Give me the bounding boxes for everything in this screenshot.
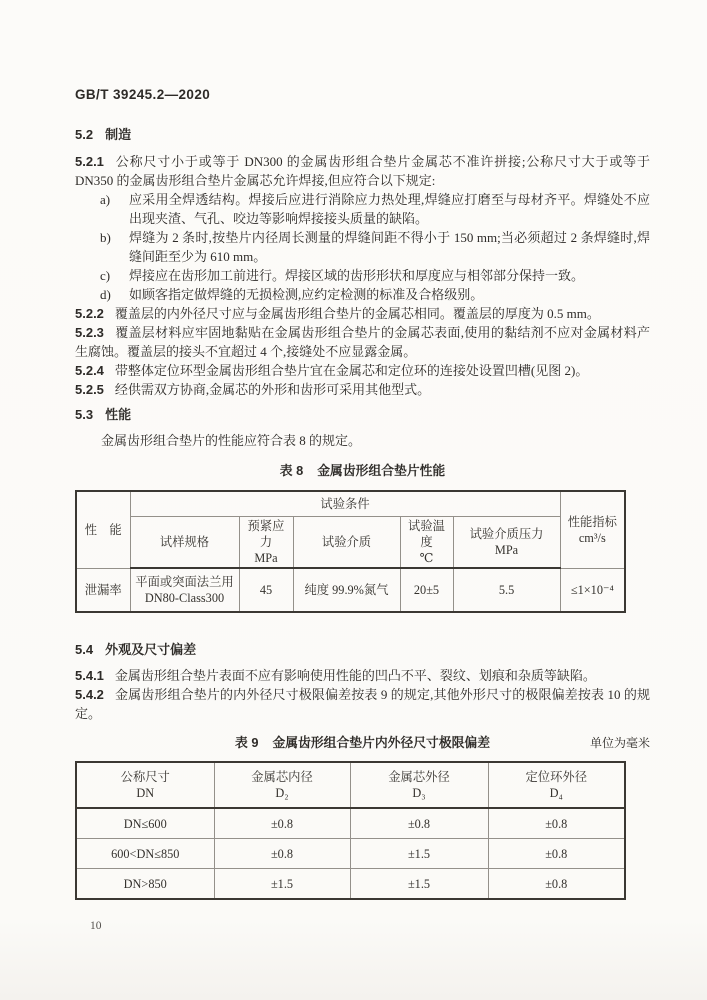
spec-line2: DN80-Class300 <box>133 590 237 606</box>
clause-5-2-2: 5.2.2覆盖层的内外径尺寸应与金属齿形组合垫片的金属芯相同。覆盖层的厚度为 0… <box>75 304 650 323</box>
clause-number: 5.2.1 <box>75 154 104 169</box>
cell-dn-range: DN>850 <box>76 869 214 900</box>
clause-text: 公称尺寸小于或等于 DN300 的金属齿形组合垫片金属芯不准许拼接;公称尺寸大于… <box>75 154 650 188</box>
clause-number: 5.2.2 <box>75 306 104 321</box>
clause-5-2-1: 5.2.1公称尺寸小于或等于 DN300 的金属齿形组合垫片金属芯不准许拼接;公… <box>75 152 650 190</box>
cell-dn-range: 600<DN≤850 <box>76 839 214 869</box>
table-9-caption-row: 表 9金属齿形组合垫片内外径尺寸极限偏差 单位为毫米 <box>75 733 650 752</box>
clause-number: 5.2.4 <box>75 363 104 378</box>
list-item-a: a) 应采用全焊透结构。焊接后应进行消除应力热处理,焊缝应打磨至与母材齐平。焊缝… <box>100 190 650 228</box>
ring-outer-label: 定位环外径 <box>491 769 623 785</box>
indicator-unit: cm³/s <box>563 530 623 546</box>
clause-text: 金属齿形组合垫片的内外径尺寸极限偏差按表 9 的规定,其他外形尺寸的极限偏差按表… <box>75 687 650 721</box>
indicator-label: 性能指标 <box>563 514 623 530</box>
clause-text: 金属齿形组合垫片表面不应有影响使用性能的凹凸不平、裂纹、划痕和杂质等缺陷。 <box>115 668 596 683</box>
cell-ring-outer: ±0.8 <box>488 869 625 900</box>
list-item-label: d) <box>100 285 129 304</box>
clause-5-4-1: 5.4.1金属齿形组合垫片表面不应有影响使用性能的凹凸不平、裂纹、划痕和杂质等缺… <box>75 666 650 685</box>
cell-spec: 平面或突面法兰用 DN80-Class300 <box>130 568 239 612</box>
cell-core-inner: ±0.8 <box>214 839 350 869</box>
section-heading-5-3: 5.3性能 <box>75 405 650 424</box>
table9-row-2: 600<DN≤850 ±0.8 ±1.5 ±0.8 <box>76 839 625 869</box>
list-item-label: a) <box>100 190 129 228</box>
list-item-d: d) 如顾客指定做焊缝的无损检测,应约定检测的标准及合格级别。 <box>100 285 650 304</box>
table8-header-performance: 性 能 <box>76 491 130 568</box>
dn-label: 公称尺寸 <box>79 769 212 785</box>
table8-row-leakage: 泄漏率 平面或突面法兰用 DN80-Class300 45 纯度 99.9%氮气… <box>76 568 625 612</box>
clause-number: 5.2.5 <box>75 382 104 397</box>
pressure-label: 试验介质压力 <box>456 526 558 542</box>
clause-text: 经供需双方协商,金属芯的外形和齿形可采用其他型式。 <box>115 382 430 397</box>
table8-header-temperature: 试验温度 ℃ <box>400 517 453 569</box>
table-8-performance: 性 能 试验条件 性能指标 cm³/s 试样规格 预紧应力 MPa 试验介质 试… <box>75 490 626 613</box>
cell-pressure: 5.5 <box>453 568 560 612</box>
cell-core-outer: ±0.8 <box>350 808 488 839</box>
table9-header-core-outer-dia: 金属芯外径 D₃ <box>350 762 488 808</box>
table9-header-dn: 公称尺寸 DN <box>76 762 214 808</box>
table9-row-3: DN>850 ±1.5 ±1.5 ±0.8 <box>76 869 625 900</box>
table-9-caption: 表 9金属齿形组合垫片内外径尺寸极限偏差 <box>75 733 650 752</box>
list-item-text: 应采用全焊透结构。焊接后应进行消除应力热处理,焊缝应打磨至与母材齐平。焊缝处不应… <box>129 190 650 228</box>
clause-5-4-2: 5.4.2金属齿形组合垫片的内外径尺寸极限偏差按表 9 的规定,其他外形尺寸的极… <box>75 685 650 723</box>
table-8-caption-text: 金属齿形组合垫片性能 <box>317 463 445 478</box>
section-5-3-intro: 金属齿形组合垫片的性能应符合表 8 的规定。 <box>75 431 650 450</box>
list-item-c: c) 焊接应在齿形加工前进行。焊接区域的齿形形状和厚度应与相邻部分保持一致。 <box>100 266 650 285</box>
cell-core-outer: ±1.5 <box>350 869 488 900</box>
table9-header-ring-outer-dia: 定位环外径 D₄ <box>488 762 625 808</box>
table-9-unit-note: 单位为毫米 <box>590 734 650 753</box>
clause-text: 覆盖层的内外径尺寸应与金属齿形组合垫片的金属芯相同。覆盖层的厚度为 0.5 mm… <box>115 306 600 321</box>
ring-outer-symbol: D₄ <box>491 785 623 801</box>
section-number: 5.2 <box>75 127 93 142</box>
table9-header-core-inner-dia: 金属芯内径 D₂ <box>214 762 350 808</box>
clause-number: 5.4.2 <box>75 687 104 702</box>
table-9-caption-label: 表 9 <box>235 735 258 750</box>
preload-label: 预紧应力 <box>242 518 291 550</box>
table8-header-indicator: 性能指标 cm³/s <box>560 491 625 568</box>
section-title: 制造 <box>105 127 131 142</box>
cell-core-outer: ±1.5 <box>350 839 488 869</box>
table-8-caption-label: 表 8 <box>280 463 303 478</box>
table8-header-spec: 试样规格 <box>130 517 239 569</box>
cell-performance: 泄漏率 <box>76 568 130 612</box>
section-heading-5-2: 5.2制造 <box>75 125 650 144</box>
section-heading-5-4: 5.4外观及尺寸偏差 <box>75 640 650 659</box>
clause-5-2-4: 5.2.4带整体定位环型金属齿形组合垫片宜在金属芯和定位环的连接处设置凹槽(见图… <box>75 361 650 380</box>
core-inner-label: 金属芯内径 <box>217 769 348 785</box>
cell-ring-outer: ±0.8 <box>488 839 625 869</box>
clause-text: 覆盖层材料应牢固地黏贴在金属齿形组合垫片的金属芯表面,使用的黏结剂不应对金属材料… <box>75 325 650 359</box>
clause-text: 带整体定位环型金属齿形组合垫片宜在金属芯和定位环的连接处设置凹槽(见图 2)。 <box>115 363 588 378</box>
temperature-label: 试验温度 <box>403 518 451 550</box>
table-8-caption: 表 8金属齿形组合垫片性能 <box>75 461 650 480</box>
table-9-dimension-deviation: 公称尺寸 DN 金属芯内径 D₂ 金属芯外径 D₃ 定位环外径 D₄ DN≤60… <box>75 761 626 900</box>
cell-temperature: 20±5 <box>400 568 453 612</box>
list-item-label: c) <box>100 266 129 285</box>
cell-ring-outer: ±0.8 <box>488 808 625 839</box>
dn-symbol: DN <box>79 785 212 801</box>
cell-medium: 纯度 99.9%氮气 <box>293 568 400 612</box>
cell-core-inner: ±0.8 <box>214 808 350 839</box>
core-inner-symbol: D₂ <box>217 785 348 801</box>
temperature-unit: ℃ <box>403 550 451 566</box>
section-title: 外观及尺寸偏差 <box>105 642 196 657</box>
table8-header-preload: 预紧应力 MPa <box>239 517 293 569</box>
document-page: GB/T 39245.2—2020 5.2制造 5.2.1公称尺寸小于或等于 D… <box>0 0 707 1000</box>
cell-dn-range: DN≤600 <box>76 808 214 839</box>
list-item-label: b) <box>100 228 129 266</box>
clause-number: 5.2.3 <box>75 325 104 340</box>
clause-number: 5.4.1 <box>75 668 104 683</box>
table-9-caption-text: 金属齿形组合垫片内外径尺寸极限偏差 <box>272 735 490 750</box>
table8-header-test-conditions: 试验条件 <box>130 491 560 517</box>
clause-5-2-5: 5.2.5经供需双方协商,金属芯的外形和齿形可采用其他型式。 <box>75 380 650 399</box>
spec-line1: 平面或突面法兰用 <box>133 574 237 590</box>
table9-row-1: DN≤600 ±0.8 ±0.8 ±0.8 <box>76 808 625 839</box>
section-number: 5.3 <box>75 407 93 422</box>
list-item-text: 焊缝为 2 条时,按垫片内径周长测量的焊缝间距不得小于 150 mm;当必须超过… <box>129 228 650 266</box>
core-outer-symbol: D₃ <box>353 785 486 801</box>
core-outer-label: 金属芯外径 <box>353 769 486 785</box>
table8-header-medium: 试验介质 <box>293 517 400 569</box>
list-item-text: 焊接应在齿形加工前进行。焊接区域的齿形形状和厚度应与相邻部分保持一致。 <box>129 266 650 285</box>
table8-header-pressure: 试验介质压力 MPa <box>453 517 560 569</box>
cell-core-inner: ±1.5 <box>214 869 350 900</box>
clause-5-2-3: 5.2.3覆盖层材料应牢固地黏贴在金属齿形组合垫片的金属芯表面,使用的黏结剂不应… <box>75 323 650 361</box>
list-item-text: 如顾客指定做焊缝的无损检测,应约定检测的标准及合格级别。 <box>129 285 650 304</box>
section-title: 性能 <box>105 407 131 422</box>
standard-number-header: GB/T 39245.2—2020 <box>75 85 650 104</box>
cell-preload: 45 <box>239 568 293 612</box>
page-number: 10 <box>90 917 102 936</box>
list-item-b: b) 焊缝为 2 条时,按垫片内径周长测量的焊缝间距不得小于 150 mm;当必… <box>100 228 650 266</box>
cell-indicator: ≤1×10⁻⁴ <box>560 568 625 612</box>
preload-unit: MPa <box>242 550 291 566</box>
section-number: 5.4 <box>75 642 93 657</box>
pressure-unit: MPa <box>456 542 558 558</box>
